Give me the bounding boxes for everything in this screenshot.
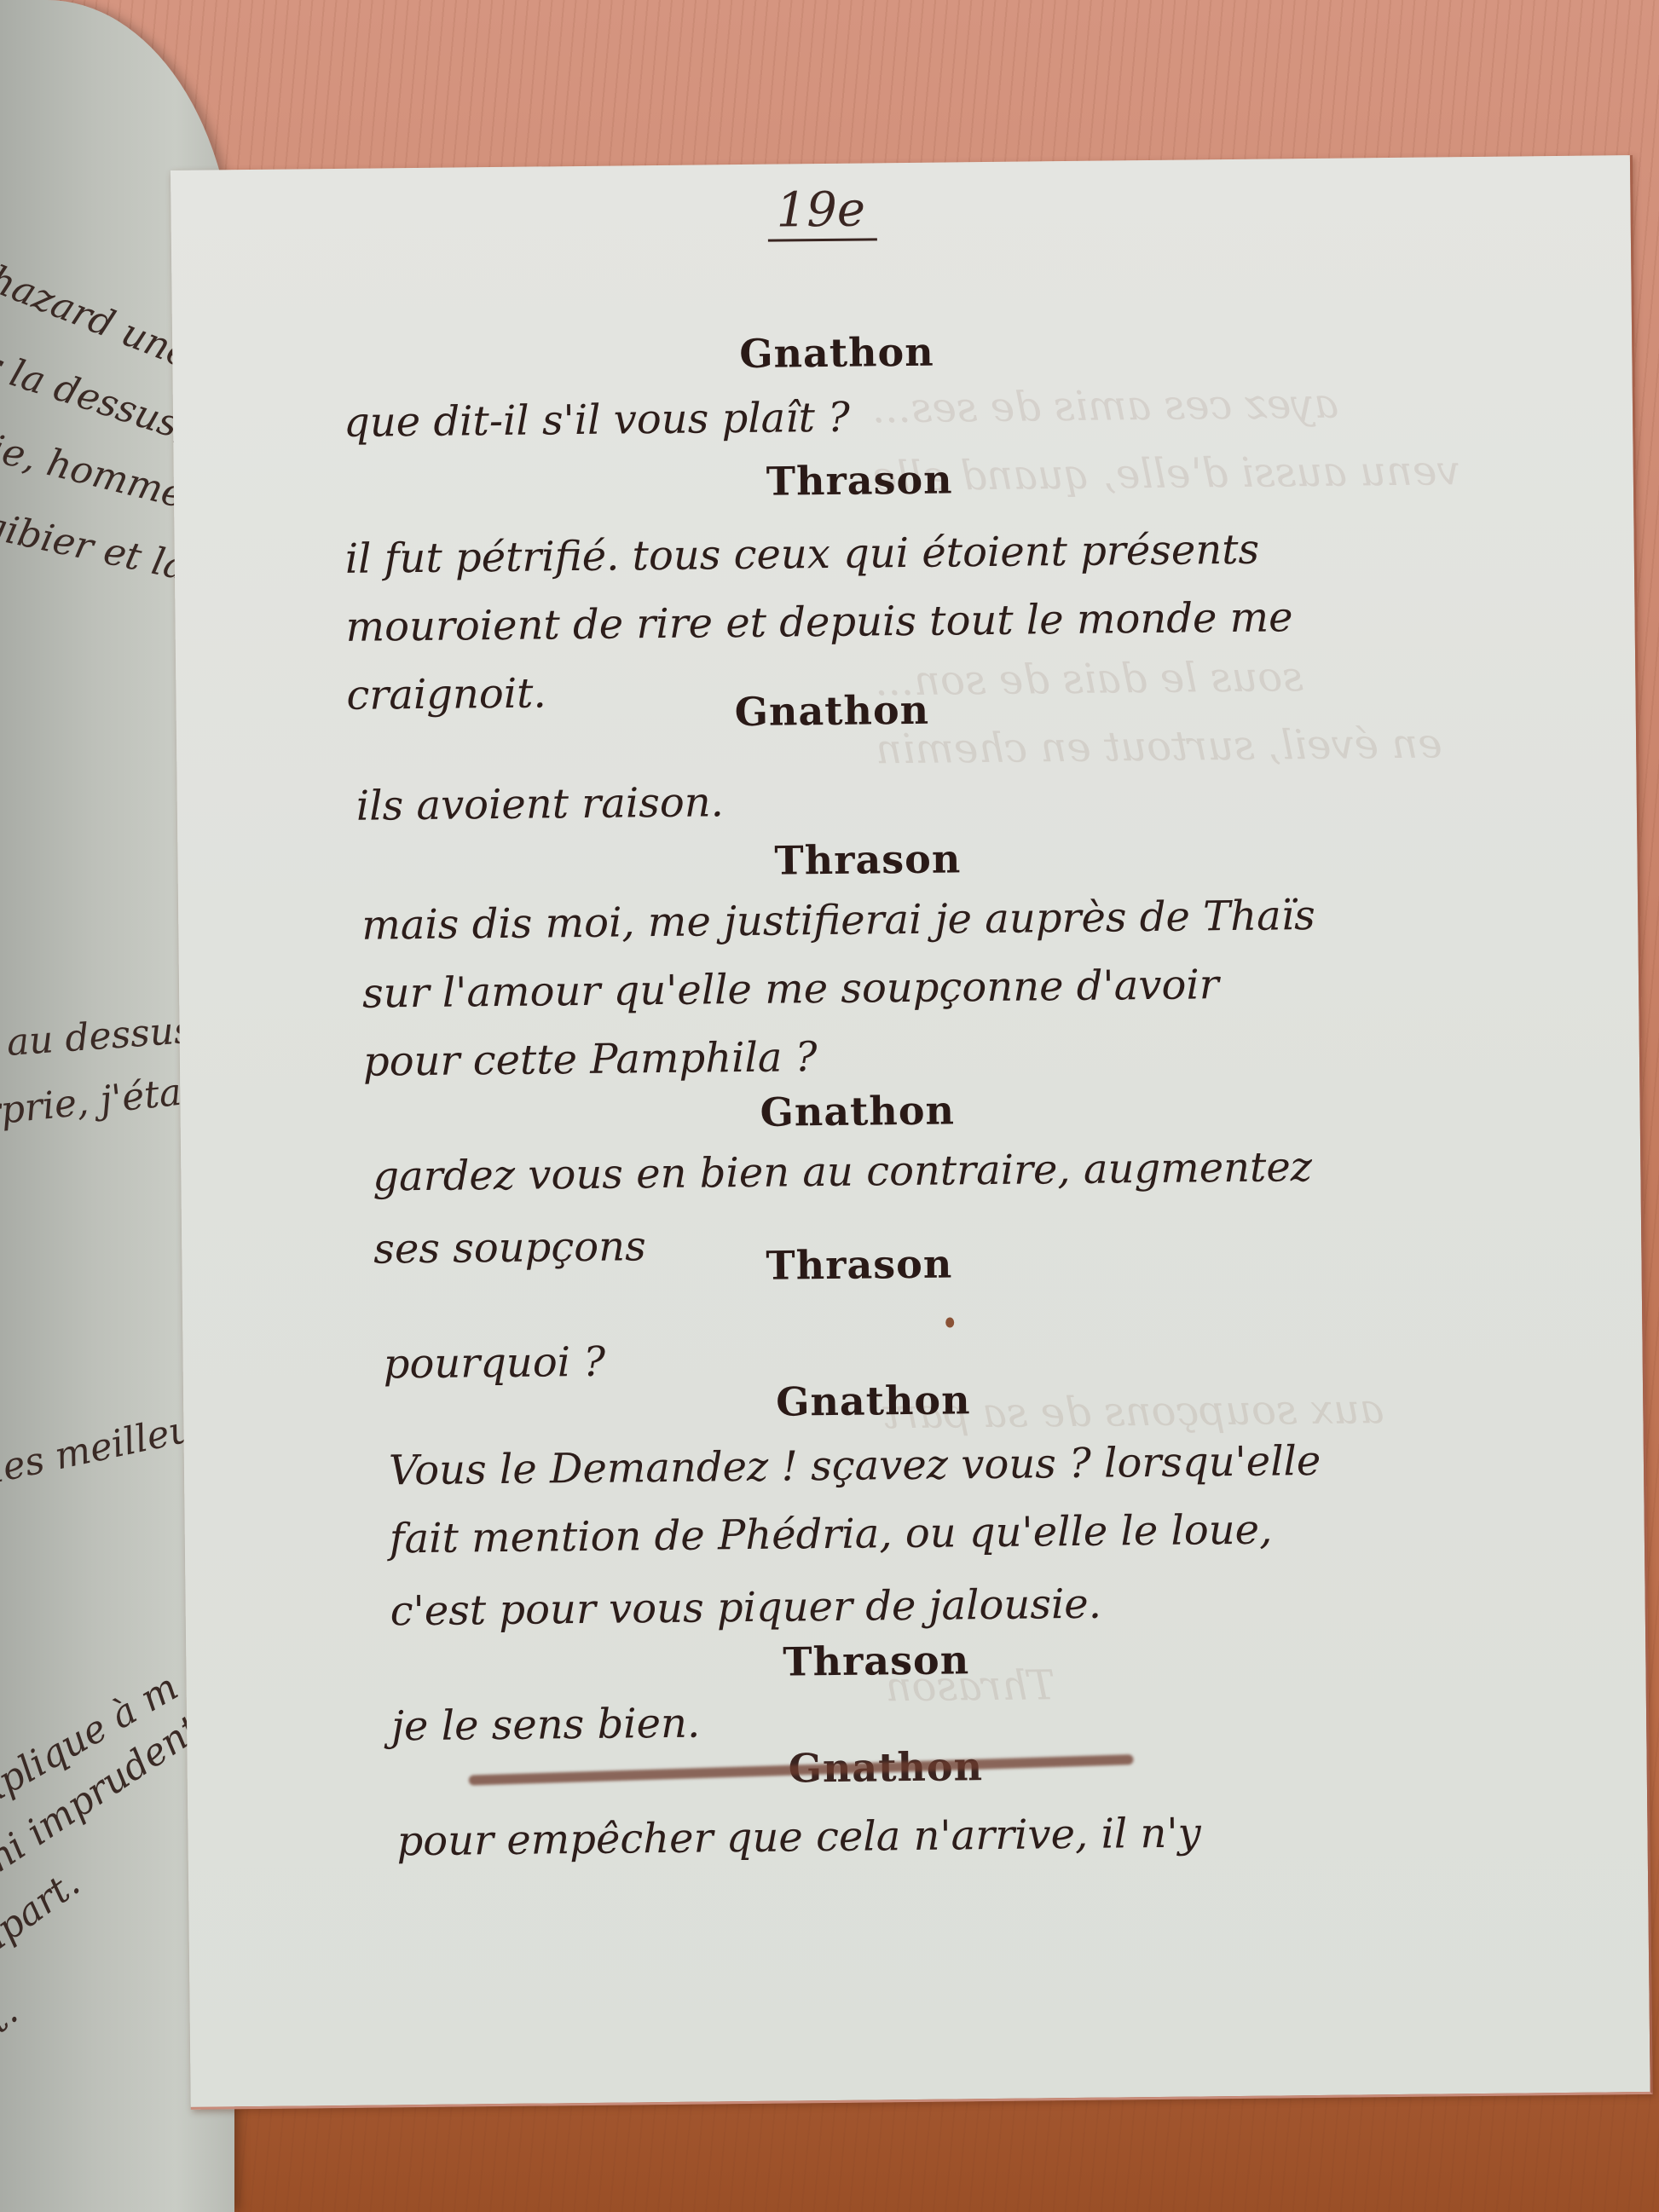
speaker-name: Thrason [766, 456, 953, 504]
dialogue-line: Vous le Demandez ! sçavez vous ? lorsqu'… [389, 1437, 1321, 1494]
dialogue-line: mouroient de rire et depuis tout le mond… [345, 593, 1292, 651]
speaker-name: Gnathon [734, 687, 929, 735]
speaker-name: Gnathon [739, 329, 934, 377]
speaker-name: Gnathon [776, 1377, 971, 1424]
dialogue-line: c'est pour vous piquer de jalousie. [390, 1580, 1101, 1636]
dialogue-line: sur l'amour qu'elle me soupçonne d'avoir [362, 961, 1219, 1018]
dialogue-line: il fut pétrifié. tous ceux qui étoient p… [344, 526, 1259, 583]
dialogue-line: pourquoi ? [383, 1338, 605, 1389]
dialogue-line: fait mention de Phédria, ou qu'elle le l… [390, 1506, 1273, 1563]
left-page-fragment: les meilleur [0, 1403, 215, 1492]
left-page-fragment: t. [0, 1991, 26, 2042]
dialogue-line: ses soupçons [373, 1222, 646, 1273]
page-number: 19e [767, 183, 877, 241]
left-page-fragment: gibier et la [0, 504, 191, 590]
speaker-name: Thrason [766, 1240, 952, 1288]
left-page-fragment: ipart. [0, 1862, 88, 1957]
show-through-text: venu aussi d'elle, quand elle [873, 447, 1460, 500]
show-through-text: sous le dais de son... [875, 653, 1303, 705]
dialogue-line: pour empêcher que cela n'arrive, il n'y [396, 1809, 1201, 1865]
dialogue-line: je le sens bien. [391, 1700, 701, 1751]
dialogue-line: craignoit. [346, 669, 546, 719]
speaker-name: Thrason [783, 1637, 969, 1684]
show-through-text: en éveil, surtout en chemin [876, 719, 1442, 773]
dialogue-line: ils avoient raison. [356, 778, 725, 830]
dialogue-line: mais dis moi, me justifierai je auprès d… [361, 892, 1315, 950]
ink-spot [945, 1317, 954, 1327]
dialogue-line: que dit-il s'il vous plaît ? [344, 394, 850, 447]
speaker-name: Thrason [774, 835, 961, 883]
show-through-text: ayez ces amis de ses... [872, 380, 1339, 433]
dialogue-line: gardez vous en bien au contraire, augmen… [373, 1143, 1312, 1201]
left-page-fragment: rprie, j'étai [0, 1069, 195, 1135]
speaker-name: Gnathon [760, 1087, 955, 1135]
manuscript-page: ayez ces amis de ses... venu aussi d'ell… [171, 155, 1653, 2110]
dialogue-line: pour cette Pamphila ? [363, 1033, 818, 1086]
left-page-fragment: i au dessus! [0, 1008, 210, 1066]
